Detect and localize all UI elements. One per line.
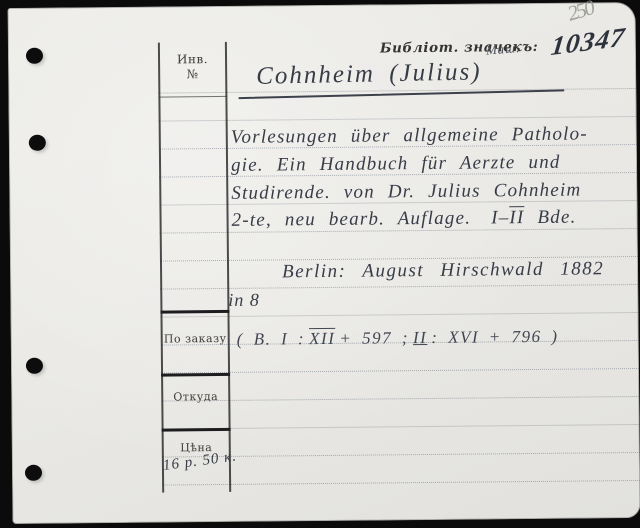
- source-label: Откуда: [161, 390, 230, 404]
- ruled-line: [162, 424, 640, 430]
- imprint-line: Berlin: August Hirschwald 1882: [282, 258, 604, 283]
- inventory-number-label: Инв. №: [158, 52, 227, 83]
- punch-hole: [26, 358, 43, 374]
- punch-hole: [25, 465, 42, 481]
- ruled-line: [159, 116, 637, 122]
- ordered-by-label: По заказу: [161, 332, 230, 346]
- punch-hole: [26, 48, 43, 64]
- ruled-line: [161, 368, 639, 374]
- collation-note: ( B. I :XII+ 597 ;II: XVI + 796 ): [237, 327, 563, 350]
- volume-range-start: I–: [491, 207, 509, 229]
- collation-vol1-pages: XII: [309, 329, 335, 348]
- edition-text: 2-te, neu bearb. Auflage.: [231, 208, 471, 231]
- inventory-label-line1: Инв.: [158, 52, 227, 68]
- catalog-card-page: Инв. № По заказу Откуда Цѣна 16 р. 50 к.…: [8, 2, 640, 524]
- ruled-line: [160, 284, 638, 290]
- ruled-line: [161, 312, 639, 318]
- title-line: gie. Ein Handbuch für Aerzte und: [231, 152, 561, 177]
- format-line: in 8: [228, 290, 260, 311]
- title-line: Vorlesungen über allgemeine Patholo-: [231, 123, 588, 148]
- volume-range-end: II: [509, 207, 524, 228]
- ruled-line: [161, 396, 639, 402]
- ruled-line: [162, 480, 640, 486]
- library-mark-value: Маш.: [485, 40, 520, 59]
- collation-open: ( B. I :: [237, 329, 306, 349]
- punch-hole: [29, 135, 46, 151]
- pencil-number: 250: [565, 0, 597, 27]
- title-line: Studirende. von Dr. Julius Cohnheim: [231, 180, 581, 205]
- edition-line: 2-te, neu bearb. Auflage.I–II Bde.: [231, 207, 576, 232]
- entry-heading: Cohnheim (Julius): [256, 58, 482, 91]
- volumes-abbrev: Bde.: [537, 207, 576, 228]
- collation-mid: + 597 ;: [339, 328, 409, 348]
- inventory-label-line2: №: [158, 67, 227, 83]
- accession-number: 10347: [549, 22, 627, 62]
- collation-vol2: II: [413, 328, 428, 347]
- collation-close: : XVI + 796 ): [431, 327, 558, 347]
